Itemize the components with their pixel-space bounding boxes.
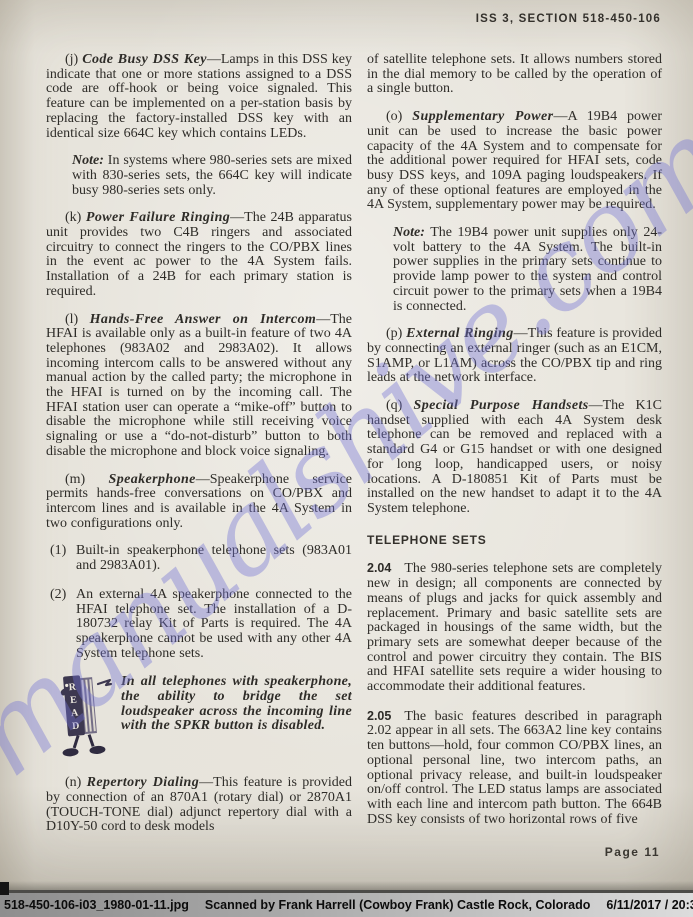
scan-timestamp: 6/11/2017 / 20:37:46 <box>606 898 693 912</box>
note-body: In systems where 980-series sets are mix… <box>72 153 352 197</box>
paragraph-label: (o) <box>386 109 402 124</box>
page-number: Page 11 <box>605 845 660 859</box>
list-item-1: (1)Built-in speakerphone telephone sets … <box>76 544 352 573</box>
paragraph-n: (n) Repertory Dialing—This feature is pr… <box>46 776 352 835</box>
speakerphone-warning-note: R E A D <box>46 675 352 763</box>
item-label: (1) <box>50 544 76 559</box>
paper-bottom-shadow <box>0 881 693 890</box>
paragraph-body: The 980-series telephone sets are comple… <box>367 561 662 694</box>
paragraph-body: —Speakerphone service permits hands-free… <box>46 472 352 531</box>
paragraph-title: Power Failure Ringing <box>86 210 230 225</box>
telephone-sets-heading: TELEPHONE SETS <box>367 533 662 548</box>
scanned-page: ISS 3, SECTION 518-450-106 (j) Code Busy… <box>0 0 693 917</box>
paragraph-body: —The HFAI is available only as a built-i… <box>46 312 352 459</box>
paragraph-label: (p) <box>386 326 402 341</box>
note-body: The 19B4 power unit supplies only 24-vol… <box>393 225 662 314</box>
paragraph-o: (o) Supplementary Power—A 19B4 power uni… <box>367 110 662 213</box>
item-label: (2) <box>50 588 76 603</box>
paragraph-number: 2.04 <box>367 561 391 575</box>
paragraph-body: —A 19B4 power unit can be used to increa… <box>367 109 662 212</box>
item-body: Built-in speakerphone telephone sets (98… <box>76 543 352 573</box>
paragraph-title: Code Busy DSS Key <box>82 52 207 67</box>
left-column: (j) Code Busy DSS Key—Lamps in this DSS … <box>46 53 352 841</box>
paragraph-2-04: 2.04The 980-series telephone sets are co… <box>367 561 662 694</box>
warning-note-text: In all telephones with speakerphone, the… <box>121 675 352 734</box>
svg-text:E: E <box>70 695 78 707</box>
note-block-o: Note: The 19B4 power unit supplies only … <box>393 226 662 314</box>
scan-credit: Scanned by Frank Harrell (Cowboy Frank) … <box>205 898 591 912</box>
paragraph-title: External Ringing <box>406 326 513 341</box>
note-label: Note: <box>72 153 104 168</box>
paragraph-label: (k) <box>65 210 81 225</box>
paragraph-title: Hands-Free Answer on Intercom <box>90 312 317 327</box>
list-item-2: (2)An external 4A speakerphone connected… <box>76 588 352 662</box>
svg-text:D: D <box>72 721 80 733</box>
paragraph-m: (m) Speakerphone—Speakerphone service pe… <box>46 473 352 532</box>
pointing-hand-icon <box>98 680 111 685</box>
paragraph-number: 2.05 <box>367 709 391 723</box>
paragraph-title: Repertory Dialing <box>87 775 199 790</box>
paragraph-title: Speakerphone <box>109 472 196 487</box>
paragraph-label: (l) <box>65 312 78 327</box>
paragraph-title: Supplementary Power <box>412 109 553 124</box>
right-column: of satellite telephone sets. It allows n… <box>367 53 662 841</box>
paragraph-label: (q) <box>386 398 402 413</box>
film-mark <box>0 882 9 895</box>
scan-filename: 518-450-106-i03_1980-01-11.jpg <box>4 898 189 912</box>
continuation-paragraph: of satellite telephone sets. It allows n… <box>367 53 662 97</box>
item-body: An external 4A speakerphone connected to… <box>76 587 352 661</box>
paragraph-2-05: 2.05The basic features described in para… <box>367 709 662 828</box>
paragraph-l: (l) Hands-Free Answer on Intercom—The HF… <box>46 313 352 460</box>
paragraph-label: (j) <box>65 52 78 67</box>
read-mascot-icon: R E A D <box>54 671 116 763</box>
paragraph-q: (q) Special Purpose Handsets—The K1C han… <box>367 399 662 517</box>
paragraph-j: (j) Code Busy DSS Key—Lamps in this DSS … <box>46 53 352 141</box>
note-label: Note: <box>393 225 425 240</box>
paragraph-body: —The K1C handset supplied with each 4A S… <box>367 398 662 516</box>
paragraph-title: Special Purpose Handsets <box>414 398 589 413</box>
scan-info-bar: 518-450-106-i03_1980-01-11.jpgScanned by… <box>0 893 693 917</box>
text-columns: (j) Code Busy DSS Key—Lamps in this DSS … <box>46 53 662 841</box>
paragraph-k: (k) Power Failure Ringing—The 24B appara… <box>46 211 352 299</box>
note-block-j: Note: In systems where 980-series sets a… <box>72 154 352 198</box>
paragraph-label: (n) <box>65 775 81 790</box>
paragraph-body: The basic features described in paragrap… <box>367 709 662 827</box>
issue-section-header: ISS 3, SECTION 518-450-106 <box>476 13 661 25</box>
paragraph-label: (m) <box>65 472 85 487</box>
paragraph-p: (p) External Ringing—This feature is pro… <box>367 327 662 386</box>
